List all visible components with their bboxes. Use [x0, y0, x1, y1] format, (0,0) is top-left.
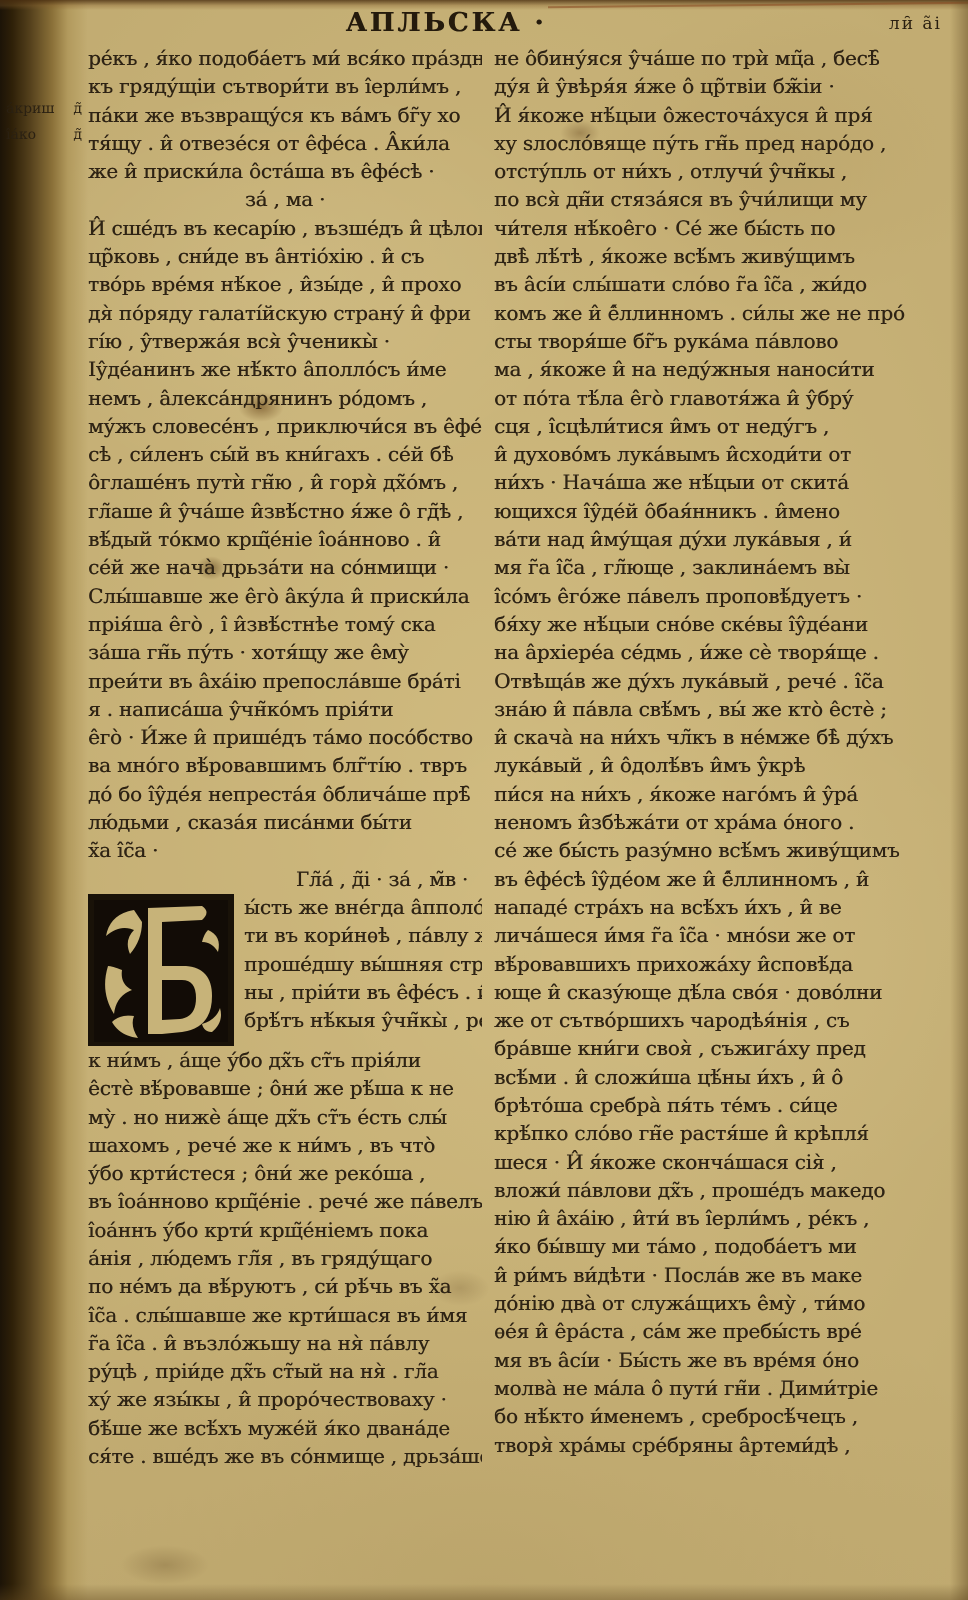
text-line: нію и̂ а̂ха́ію , и̂ти́ въ і̂ерли́мъ , ре…: [494, 1204, 924, 1232]
text-line: нападе́ стра́хъ на всѣ́хъ и́хъ , и̂ ве: [494, 893, 924, 921]
text-line: ху ѕлосло́вяще пу́ть гн̃ь пред наро́до ,: [494, 129, 924, 157]
text-line: бо нѣ́кто и́менемъ , сребросѣ́чецъ ,: [494, 1402, 924, 1430]
margin-note-word: і̂а́ко: [6, 122, 36, 148]
text-line: И̂ я́коже нѣ́цыи о̂жесточа́хуся и̂ пря́: [494, 101, 924, 129]
folio-number: ли̑ а̃і: [889, 14, 942, 34]
text-line: ре́къ , я́ко подоба́етъ ми́ вся́ко пра́з…: [88, 44, 482, 72]
left-body-lines: И̂ сше́дъ въ кесарі́ю , възше́дъ и̂ цѣло…: [88, 214, 482, 865]
text-line: от по́та тѣ́ла е̂го̀ главотя́жа и̂ у̂бру…: [494, 384, 924, 412]
text-line: Отвѣща́в же ду́хъ лука́вый , рече́ . і̂с…: [494, 667, 924, 695]
text-line: неномъ и̂збѣжа́ти от хра́ма о́ного .: [494, 808, 924, 836]
text-line: а́нія , лю́демъ гл̃я , въ гряду́щаго: [88, 1244, 482, 1272]
text-line: ся́те . вше́дъ же въ со́нмище , дрьза́ше: [88, 1442, 482, 1470]
text-line: о̂глаше́нъ путѝ гн̃ю , и̂ горя̀ дх̃о́мъ …: [88, 468, 482, 496]
text-line: ма , я́коже и̂ на неду́жныя наноси́ти: [494, 355, 924, 383]
text-line: пи́ся на ни́хъ , я́коже наго́мъ и̂ у̂ра́: [494, 780, 924, 808]
text-line: за́ша гн̃ь пу́ть · хотя́щу же е̂му̀: [88, 638, 482, 666]
text-line: шахомъ , рече́ же к ни́мъ , въ что̀: [88, 1131, 482, 1159]
text-line: въ а̂сі́и слы́шати сло́во г̃а і̂с̃а , жи…: [494, 270, 924, 298]
text-line: преи́ти въ а̂ха́ію препосла́вше бра́ті: [88, 667, 482, 695]
text-line: у́бо крти́стеся ; о̂ни́ же реко́ша ,: [88, 1159, 482, 1187]
text-line: бя́ху же нѣ́цыи сно́ве ске́вы і̂у̂де́ани: [494, 610, 924, 638]
text-line: ѳе́я и̂ е̂ра́ста , са́м же пребы́сть вре…: [494, 1317, 924, 1345]
running-title: АПЛЬСКА ·: [88, 8, 804, 38]
text-line: ду́я и̂ у̂вѣря́я я́же о̂ цр̃твіи бж̃іи ·: [494, 72, 924, 100]
text-line: всѣ́ми . и̂ сложи́ша цѣ́ны и́хъ , и̂ о̂: [494, 1063, 924, 1091]
text-line: тво́рь вре́мя нѣ́кое , и̂зы́де , и̂ прох…: [88, 270, 482, 298]
page-right-edge: [950, 0, 968, 1600]
text-line: сѣ , си́ленъ сы́й въ кни́гахъ . се́й бѣ̀: [88, 440, 482, 468]
text-line: И̂ сше́дъ въ кесарі́ю , възше́дъ и̂ цѣло…: [88, 214, 482, 242]
text-line: гл̃аше и̂ у̂ча́ше и̂звѣ́стно я́же о̂ гд̃…: [88, 497, 482, 525]
text-line: и̂ духово́мъ лука́вымъ и̂сходи́ти от: [494, 440, 924, 468]
margin-note-number: д̃: [73, 122, 82, 148]
text-line: дя̀ по́ряду галаті́йскую страну́ и̂ фри: [88, 299, 482, 327]
text-line: і̂с̃а . слы́шавше же крти́шася въ и́мя: [88, 1301, 482, 1329]
text-line: ру́цѣ , пріи́де дх̃ъ ст̃ый на ня̀ . гл̃а: [88, 1357, 482, 1385]
text-line: ху́ же язы́кы , и̂ проро́чествоваху ·: [88, 1385, 482, 1413]
book-page: АПЛЬСКА · ли̑ а̃і а́криш д̃ і̂а́ко д̃ ре…: [0, 0, 968, 1600]
text-line: въ е̂фе́сѣ і̂у̂де́ом же и̂ е̂́ллинномъ ,…: [494, 865, 924, 893]
text-line: по вся̀ дн̃и стяза́яся въ у̂чи́лищи му: [494, 185, 924, 213]
text-line: му̀ . но нижѐ а́ще дх̃ъ ст̃ъ е́сть слы́: [88, 1103, 482, 1131]
text-line: крѣ́пко сло́во гн̃е растя́ше и̂ крѣпля́: [494, 1119, 924, 1147]
initial-woodcut-svg: [90, 896, 232, 1046]
left-tail-lines: к ни́мъ , а́ще у́бо дх̃ъ ст̃ъ прія́лие̂с…: [88, 1046, 482, 1470]
text-line: творя̀ хра́мы сре́бряны а̂ртеми́дѣ ,: [494, 1431, 924, 1459]
text-line: же и̂ приски́ла о̂ста́ша въ е̂фе́сѣ ·: [88, 157, 482, 185]
text-line: ющихся і̂у̂де́й о̂бая́нникъ . и̂мено: [494, 497, 924, 525]
page-bottom-edge: [0, 1584, 968, 1600]
text-line: по не́мъ да вѣ́руютъ , си́ рѣ́чь въ х̃а: [88, 1272, 482, 1300]
left-text-column: ре́къ , я́ко подоба́етъ ми́ вся́ко пра́з…: [88, 44, 482, 1484]
text-line: юще и̂ сказу́юще дѣ́ла сво́я · дово́лни: [494, 978, 924, 1006]
text-line: па́ки же възвращу́ся къ ва́мъ бг̃у хо: [88, 101, 482, 129]
text-line: се́й же нача̀ дрьза́ти на со́нмищи ·: [88, 553, 482, 581]
text-line: к ни́мъ , а́ще у́бо дх̃ъ ст̃ъ прія́ли: [88, 1046, 482, 1074]
text-line: Іу̂де́анинъ же нѣ́кто а̂полло́съ и́ме: [88, 355, 482, 383]
text-line: ва́ти над и̂му́щая ду́хи лука́выя , и́: [494, 525, 924, 553]
text-line: комъ же и̂ е̂́ллинномъ . си́лы же не про…: [494, 299, 924, 327]
margin-note-word: а́криш: [6, 96, 54, 122]
text-line: до́нію два̀ от служа́щихъ е̂му̀ , ти́мо: [494, 1289, 924, 1317]
text-line: и̂ ри́мъ ви́дѣти · Посла́в же въ маке: [494, 1261, 924, 1289]
text-line: ни́хъ · Нача́ша же нѣ́цыи от скита́: [494, 468, 924, 496]
text-line: лича́шеся и́мя г̃а і̂с̃а · мно́ѕи же от: [494, 921, 924, 949]
text-line: сты творя́ше бг̃ъ рука́ма па́влово: [494, 327, 924, 355]
text-line: отсту́пль от ни́хъ , отлучи́ у̂чн̃кы ,: [494, 157, 924, 185]
paper-stain: [120, 1545, 210, 1585]
zachalo-heading: за́ , ма ·: [88, 185, 482, 213]
text-line: е̂стѐ вѣ́ровавше ; о̂ни́ же рѣ́ша к не: [88, 1074, 482, 1102]
text-line: тя́щу . и̂ отвезе́ся от е̂фе́са . А̂ки́л…: [88, 129, 482, 157]
text-line: гі́ю , у̂твержа́я вся̀ у̂ченикы̀ ·: [88, 327, 482, 355]
text-line: лука́вый , и̂ о̂долѣ́въ и̂мъ у̂крѣ: [494, 751, 924, 779]
text-line: вложи́ па́влови дх̃ъ , проше́дъ македо: [494, 1176, 924, 1204]
text-line: вѣ́ровавшихъ прихожа́ху и̂сповѣ́да: [494, 950, 924, 978]
text-line: мя г̃а і̂с̃а , гл̃юще , заклина́емъ вы̀: [494, 553, 924, 581]
text-line: молва̀ не ма́ла о̂ пути́ гн̃и . Дими́трі…: [494, 1374, 924, 1402]
text-line: чи́теля нѣ́кое̂го · Се́ же бы́сть по: [494, 214, 924, 242]
text-line: прія́ша е̂го̀ , і̂ и̂звѣ́стнѣе тому́ ска: [88, 610, 482, 638]
right-text-column: не о̂бину́яся у̂ча́ше по трѝ мц̃а , бесѣ…: [494, 44, 924, 1484]
text-line: і̂оа́ннъ у́бо крти́ крщ̃е́ніемъ пока: [88, 1216, 482, 1244]
text-line: мя въ а̂сі́и · Бы́сть же въ вре́мя о́но: [494, 1346, 924, 1374]
text-line: немъ , а̂лекса́ндрянинъ ро́домъ ,: [88, 384, 482, 412]
text-line: къ гряду́щіи сътвори́ти въ і̂ерли́мъ ,: [88, 72, 482, 100]
text-line: і̂со́мъ е̂го́же па́велъ проповѣ́дуетъ ·: [494, 582, 924, 610]
text-line: бѣ́ше же всѣ́хъ муже́й я́ко двана́де: [88, 1414, 482, 1442]
text-line: не о̂бину́яся у̂ча́ше по трѝ мц̃а , бесѣ…: [494, 44, 924, 72]
left-intro-lines: ре́къ , я́ко подоба́етъ ми́ вся́ко пра́з…: [88, 44, 482, 185]
right-lines: не о̂бину́яся у̂ча́ше по трѝ мц̃а , бесѣ…: [494, 44, 924, 1459]
text-line: двѣ̀ лѣ́тѣ , я́коже всѣ́мъ живу́щимъ: [494, 242, 924, 270]
text-line: я . написа́ша у̂чн̃ко́мъ прія́ти: [88, 695, 482, 723]
text-line: шеся · И̂ я́коже сконча́шася сія̀ ,: [494, 1148, 924, 1176]
text-line: цр̃ковь , сни́де въ а̂нтіо́хію . и̂ съ: [88, 242, 482, 270]
margin-notes: а́криш д̃ і̂а́ко д̃: [6, 96, 82, 148]
margin-note: і̂а́ко д̃: [6, 122, 82, 148]
text-line: лю́дьми , сказа́я писа́нми бы́ти: [88, 808, 482, 836]
text-line: ва мно́го вѣ́ровавшимъ блг̃ті́ю . твръ: [88, 751, 482, 779]
ornamental-initial: Б: [90, 896, 232, 1046]
text-line: зна́ю и̂ па́вла свѣ́мъ , вы́ же кто̀ е̂с…: [494, 695, 924, 723]
text-line: му́жъ словесе́нъ , приключи́ся въ е̂фе́: [88, 412, 482, 440]
text-line: сця , і̂сцѣли́тися и̂мъ от неду́гъ ,: [494, 412, 924, 440]
text-line: на а̂рхіере́а се́дмь , и́же сѐ творя́ще …: [494, 638, 924, 666]
text-line: я́ко бы́вшу ми та́мо , подоба́етъ ми: [494, 1232, 924, 1260]
text-line: вѣ́дый то́кмо крщ̃е́ніе і̂оа́нново . и̂: [88, 525, 482, 553]
margin-note: а́криш д̃: [6, 96, 82, 122]
text-line: се́ же бы́сть разу́мно всѣ́мъ живу́щимъ: [494, 836, 924, 864]
text-line: и̂ скача̀ на ни́хъ чл̃къ в не́мже бѣ̀ ду…: [494, 723, 924, 751]
text-line: же от сътво́ршихъ чародѣя́нія , съ: [494, 1006, 924, 1034]
text-line: бра́вше кни́ги своя̀ , съжига́ху пред: [494, 1034, 924, 1062]
book-spine-shadow: [0, 0, 88, 1600]
chapter-heading: Гл̃а́ , д̃і · за́ , м̃в ·: [88, 865, 482, 893]
margin-note-number: д̃: [73, 96, 82, 122]
text-line: въ і̂оа́нново крщ̃е́ніе . рече́ же па́ве…: [88, 1187, 482, 1215]
text-line: г̃а і̂с̃а . и̂ възло́жьшу на ня̀ па́влу: [88, 1329, 482, 1357]
text-line: е̂го̀ · И́же и̂ прише́дъ та́мо посо́бств…: [88, 723, 482, 751]
chapter-opening-block: Б ы́сть же вне́гда а̂: [88, 893, 482, 1046]
text-line: х̃а і̂с̃а ·: [88, 836, 482, 864]
text-line: брѣто́ша сребра̀ пя́ть те́мъ . си́це: [494, 1091, 924, 1119]
text-line: Слы́шавше же е̂го̀ а̂ку́ла и̂ приски́ла: [88, 582, 482, 610]
text-line: до́ бо і̂у̂де́я непреста́я о̂блича́ше пр…: [88, 780, 482, 808]
